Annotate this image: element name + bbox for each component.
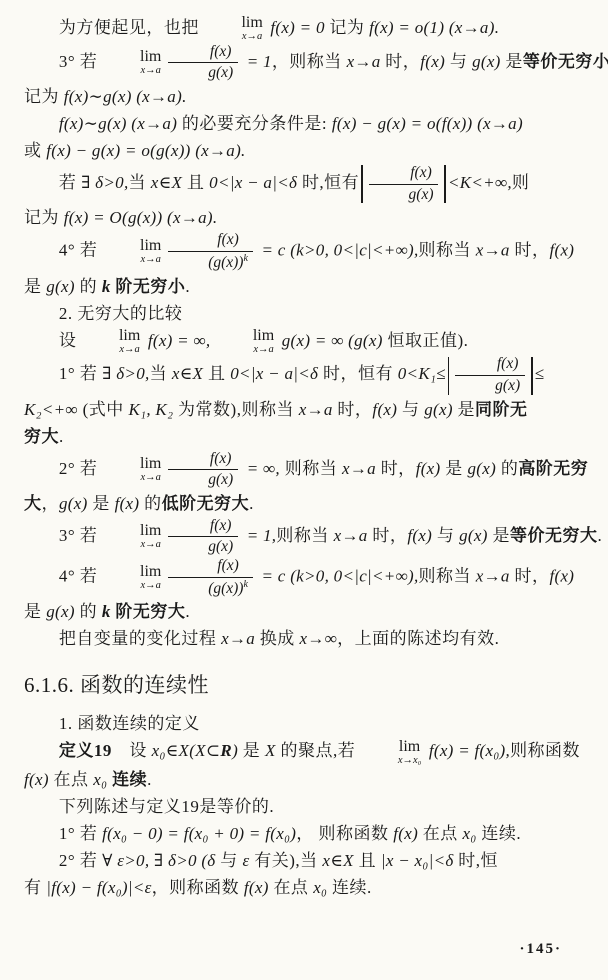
fraction: f(x)g(x) bbox=[168, 517, 238, 557]
text-run: 恒取正值). bbox=[383, 331, 469, 350]
text-run: 连续. bbox=[327, 878, 372, 897]
text-run: 时， bbox=[368, 526, 408, 545]
fraction-numerator: f(x) bbox=[168, 231, 253, 252]
text-line: f(x) 在点 x₀ 连续. bbox=[24, 766, 592, 793]
math-run: f(x) = 0 bbox=[266, 18, 330, 37]
math-run: f(x)∼g(x) (x→a) bbox=[59, 114, 177, 133]
text-run: 的聚点,若 bbox=[276, 741, 360, 760]
math-run: 0<|x − a|<δ bbox=[230, 364, 318, 383]
text-run: 连续. bbox=[477, 824, 522, 843]
text-run: 为常数),则称当 bbox=[173, 400, 298, 419]
limit-subscript: x→a bbox=[105, 581, 161, 592]
text-run: 时，恒有 bbox=[318, 364, 398, 383]
text-run: 则称函数 bbox=[510, 741, 580, 760]
fraction: f(x)(g(x))k bbox=[168, 557, 253, 598]
page-content: 为方便起见，也把 limx→a f(x) = 0 记为 f(x) = o(1) … bbox=[24, 14, 592, 901]
bold-text-run: 阶无穷小 bbox=[115, 277, 185, 296]
limit-word: lim bbox=[105, 523, 161, 539]
text-run: 记为 bbox=[329, 18, 369, 37]
text-run: 在点 bbox=[418, 824, 463, 843]
text-line: 若 ∃ δ>0,当 x∈X 且 0<|x − a|<δ 时,恒有f(x)g(x)… bbox=[24, 164, 592, 204]
math-run: g(x) = ∞ (g(x) bbox=[277, 331, 383, 350]
math-run: f(x₀ − 0) = f(x₀ + 0) = f(x₀) bbox=[102, 824, 296, 843]
text-run: 的 bbox=[75, 602, 102, 621]
limit-subscript: x→a bbox=[105, 540, 161, 551]
limit-word: lim bbox=[105, 49, 161, 65]
text-run: 4° 若 bbox=[59, 241, 102, 260]
text-line: 或 f(x) − g(x) = o(g(x)) (x→a). bbox=[24, 137, 592, 164]
fraction-numerator: f(x) bbox=[168, 450, 238, 471]
text-run: 设 bbox=[112, 741, 152, 760]
text-run: 换成 bbox=[255, 629, 300, 648]
math-run: = 1, bbox=[242, 526, 276, 545]
text-run: . bbox=[249, 494, 254, 513]
text-line: 设 limx→a f(x) = ∞, limx→a g(x) = ∞ (g(x)… bbox=[24, 327, 592, 356]
bold-text-run: 等价无穷大 bbox=[510, 526, 598, 545]
bold-text-run: 同阶无 bbox=[475, 400, 528, 419]
fraction-denominator: (g(x))k bbox=[168, 578, 253, 599]
text-run: 则称当 bbox=[280, 459, 342, 478]
limit-subscript: x→a bbox=[105, 66, 161, 77]
text-run: 把自变量的变化过程 bbox=[59, 629, 221, 648]
limit-subscript: x→a bbox=[207, 32, 263, 43]
text-run: 则称当 bbox=[419, 241, 476, 260]
fraction-numerator: f(x) bbox=[168, 517, 238, 538]
limit-operator: limx→a bbox=[105, 456, 161, 484]
math-run: ∃ δ>0, bbox=[81, 173, 128, 192]
math-run: f(x) bbox=[393, 824, 418, 843]
text-run: 当 bbox=[129, 173, 151, 192]
math-run: f(x) = f(x₀), bbox=[424, 741, 510, 760]
limit-subscript: x→a bbox=[105, 255, 161, 266]
text-run: 在点 bbox=[49, 770, 94, 789]
math-run: x∈X bbox=[172, 364, 203, 383]
limit-operator: limx→a bbox=[105, 523, 161, 551]
text-line: f(x)∼g(x) (x→a) 的必要充分条件是: f(x) − g(x) = … bbox=[24, 110, 592, 137]
text-run: 与 bbox=[445, 52, 472, 71]
fraction: f(x)(g(x))k bbox=[168, 231, 253, 272]
fraction: f(x)g(x) bbox=[369, 164, 439, 204]
math-run: f(x) = O(g(x)) (x→a). bbox=[64, 208, 218, 227]
limit-word: lim bbox=[105, 456, 161, 472]
text-line: 是 g(x) 的 k 阶无穷小. bbox=[24, 273, 592, 300]
text-run: 设 bbox=[59, 331, 81, 350]
math-run: f(x) − g(x) = o(g(x)) (x→a). bbox=[46, 141, 245, 160]
math-run: x₀∈X(X⊂ bbox=[152, 741, 221, 760]
limit-operator: limx→a bbox=[105, 564, 161, 592]
text-run: 在点 bbox=[269, 878, 314, 897]
math-run: x₀ bbox=[93, 770, 107, 789]
text-line: 有 |f(x) − f(x₀)|<ε，则称函数 f(x) 在点 x₀ 连续. bbox=[24, 874, 592, 901]
text-line: 2° 若 ∀ ε>0, ∃ δ>0 (δ 与 ε 有关),当 x∈X 且 |x … bbox=[24, 847, 592, 874]
fraction-denominator: g(x) bbox=[369, 185, 439, 205]
text-run: ，上面的陈述均有效. bbox=[337, 629, 499, 648]
bold-text-run: 大 bbox=[24, 494, 42, 513]
text-run: 记为 bbox=[24, 208, 64, 227]
math-run: <K<+∞, bbox=[448, 173, 512, 192]
limit-operator: limx→a bbox=[105, 49, 161, 77]
text-run: 有关),当 bbox=[250, 851, 323, 870]
bold-text-run: 高阶无穷 bbox=[518, 459, 588, 478]
math-run: f(x) = ∞, bbox=[143, 331, 215, 350]
text-run: 是 bbox=[488, 526, 510, 545]
bold-math-run: k bbox=[102, 602, 111, 621]
text-run: 1. 函数连续的定义 bbox=[59, 714, 200, 733]
text-run: 时,恒 bbox=[454, 851, 499, 870]
math-run: x→∞ bbox=[300, 629, 338, 648]
text-run: 时， bbox=[381, 52, 421, 71]
text-line: 1. 函数连续的定义 bbox=[24, 710, 592, 737]
text-run: 2. 无穷大的比较 bbox=[59, 304, 183, 323]
math-run: |x − x₀|<δ bbox=[381, 851, 454, 870]
text-run: 是 bbox=[88, 494, 115, 513]
math-run: x→a bbox=[334, 526, 368, 545]
math-run: x→a bbox=[476, 567, 510, 586]
math-run: g(x) bbox=[459, 526, 488, 545]
limit-subscript: x→a bbox=[105, 473, 161, 484]
text-run: 3° 若 bbox=[59, 526, 102, 545]
text-run: 4° 若 bbox=[59, 567, 102, 586]
text-run: 与 bbox=[397, 400, 424, 419]
math-run: 0<K₁≤ bbox=[398, 364, 446, 383]
math-run: f(x) − g(x) = o(f(x)) (x→a) bbox=[332, 114, 523, 133]
bold-text-run: 连续 bbox=[112, 770, 147, 789]
bold-math-run: R bbox=[220, 741, 232, 760]
math-run: K₁, K₂ bbox=[128, 400, 173, 419]
text-run: ，则称函数 bbox=[152, 878, 244, 897]
limit-operator: limx→a bbox=[207, 15, 263, 43]
text-run: 3° 若 bbox=[59, 52, 102, 71]
math-run: g(x) bbox=[46, 277, 75, 296]
fraction-denominator: (g(x))k bbox=[168, 252, 253, 273]
bold-text-run: 定义19 bbox=[59, 741, 112, 760]
text-run: 下列陈述与定义19是等价的. bbox=[59, 797, 274, 816]
math-run: g(x) bbox=[472, 52, 501, 71]
math-run: ∃ δ>0, bbox=[102, 364, 149, 383]
text-line: 把自变量的变化过程 x→a 换成 x→∞，上面的陈述均有效. bbox=[24, 625, 592, 652]
text-line: 3° 若 limx→af(x)g(x) = 1，则称当 x→a 时，f(x) 与… bbox=[24, 43, 592, 83]
text-run: 记为 bbox=[24, 87, 64, 106]
text-run: 时， bbox=[333, 400, 373, 419]
text-line: 1° 若 ∃ δ>0,当 x∈X 且 0<|x − a|<δ 时，恒有 0<K₁… bbox=[24, 355, 592, 395]
math-run: x→a bbox=[347, 52, 381, 71]
limit-word: lim bbox=[218, 328, 274, 344]
text-line: 下列陈述与定义19是等价的. bbox=[24, 793, 592, 820]
text-run: 1° 若 bbox=[59, 364, 102, 383]
text-run: 是 bbox=[501, 52, 523, 71]
text-run: 且 bbox=[182, 173, 209, 192]
text-run: 或 bbox=[24, 141, 46, 160]
text-run: 2° 若 bbox=[59, 459, 102, 478]
text-run: 是 bbox=[24, 602, 46, 621]
text-run: 是 bbox=[24, 277, 46, 296]
limit-operator: limx→a bbox=[105, 238, 161, 266]
abs-bar bbox=[444, 165, 446, 203]
text-run: 则称当 bbox=[276, 526, 333, 545]
fraction: f(x)g(x) bbox=[168, 43, 238, 83]
text-run: . bbox=[147, 770, 152, 789]
limit-operator: limx→a bbox=[218, 328, 274, 356]
text-run: 的 bbox=[496, 459, 518, 478]
fraction-exponent: k bbox=[243, 253, 247, 264]
abs-bar bbox=[448, 357, 450, 395]
math-run: x∈X bbox=[151, 173, 182, 192]
limit-word: lim bbox=[84, 328, 140, 344]
text-line: 3° 若 limx→af(x)g(x) = 1,则称当 x→a 时，f(x) 与… bbox=[24, 517, 592, 557]
math-run: ≤ bbox=[535, 364, 545, 383]
math-run: f(x) bbox=[420, 52, 445, 71]
text-run: ，则称当 bbox=[272, 52, 347, 71]
text-run: ， 则称函数 bbox=[296, 824, 393, 843]
fraction: f(x)g(x) bbox=[455, 355, 525, 395]
text-line: 1° 若 f(x₀ − 0) = f(x₀ + 0) = f(x₀)， 则称函数… bbox=[24, 820, 592, 847]
limit-word: lim bbox=[363, 739, 421, 755]
math-run: |f(x) − f(x₀)|<ε bbox=[46, 878, 151, 897]
text-run: 是 bbox=[453, 400, 475, 419]
math-run: g(x) bbox=[424, 400, 453, 419]
text-run: ， bbox=[42, 494, 60, 513]
text-run: . bbox=[597, 526, 602, 545]
math-run: f(x) bbox=[549, 241, 574, 260]
text-run: 2° 若 bbox=[59, 851, 102, 870]
math-run: x₀ bbox=[313, 878, 327, 897]
limit-subscript: x→x₀ bbox=[363, 756, 421, 767]
text-run: 当 bbox=[150, 364, 172, 383]
text-line: 穷大. bbox=[24, 423, 592, 450]
math-run: x→a bbox=[342, 459, 376, 478]
text-line: 大，g(x) 是 f(x) 的低阶无穷大. bbox=[24, 490, 592, 517]
bold-text-run: 阶无穷大 bbox=[111, 602, 186, 621]
text-run: 则 bbox=[512, 173, 530, 192]
limit-word: lim bbox=[105, 564, 161, 580]
math-run: = ∞, bbox=[242, 459, 280, 478]
limit-subscript: x→a bbox=[84, 345, 140, 356]
math-run: f(x) bbox=[549, 567, 574, 586]
math-run: f(x) bbox=[24, 770, 49, 789]
text-run: 有 bbox=[24, 878, 46, 897]
fraction-denominator: g(x) bbox=[168, 63, 238, 83]
math-run: = 1 bbox=[242, 52, 272, 71]
text-run: . bbox=[59, 427, 64, 446]
math-run: f(x)∼g(x) (x→a). bbox=[64, 87, 187, 106]
math-run: g(x) bbox=[59, 494, 88, 513]
fraction-numerator: f(x) bbox=[455, 355, 525, 376]
limit-operator: limx→a bbox=[84, 328, 140, 356]
math-run: f(x) bbox=[244, 878, 269, 897]
text-line: 2° 若 limx→af(x)g(x) = ∞, 则称当 x→a 时，f(x) … bbox=[24, 450, 592, 490]
fraction-numerator: f(x) bbox=[168, 557, 253, 578]
fraction-numerator: f(x) bbox=[168, 43, 238, 64]
math-run: x→a bbox=[299, 400, 333, 419]
document-page: 为方便起见，也把 limx→a f(x) = 0 记为 f(x) = o(1) … bbox=[0, 0, 608, 980]
text-run: 的 bbox=[75, 277, 102, 296]
bold-text-run: 等价无穷小 bbox=[523, 52, 608, 71]
fraction-denominator: g(x) bbox=[168, 537, 238, 557]
text-run: . bbox=[185, 602, 190, 621]
math-run: x→a bbox=[221, 629, 255, 648]
math-run: g(x) bbox=[467, 459, 496, 478]
fraction: f(x)g(x) bbox=[168, 450, 238, 490]
text-line: 4° 若 limx→af(x)(g(x))k = c (k>0, 0<|c|<+… bbox=[24, 231, 592, 272]
math-run: f(x) bbox=[407, 526, 432, 545]
math-run: f(x) = o(1) (x→a). bbox=[369, 18, 499, 37]
math-run: x∈X bbox=[322, 851, 353, 870]
abs-bar bbox=[361, 165, 363, 203]
text-run: 与 bbox=[432, 526, 459, 545]
math-run: X bbox=[265, 741, 276, 760]
bold-text-run: 穷大 bbox=[24, 427, 59, 446]
text-run: 与 bbox=[216, 851, 243, 870]
math-run: x₀ bbox=[463, 824, 477, 843]
fraction-denominator: g(x) bbox=[455, 376, 525, 396]
text-line: 4° 若 limx→af(x)(g(x))k = c (k>0, 0<|c|<+… bbox=[24, 557, 592, 598]
fraction-numerator: f(x) bbox=[369, 164, 439, 185]
limit-subscript: x→a bbox=[218, 345, 274, 356]
page-number: ·145· bbox=[519, 941, 562, 958]
text-run: 1° 若 bbox=[59, 824, 102, 843]
math-run: g(x) bbox=[46, 602, 75, 621]
math-run: K₂<+∞ bbox=[24, 400, 78, 419]
math-run: ε bbox=[243, 851, 250, 870]
bold-math-run: k bbox=[102, 277, 111, 296]
text-run: 时， bbox=[510, 567, 550, 586]
text-run: 若 bbox=[59, 173, 81, 192]
text-run: 且 bbox=[354, 851, 381, 870]
limit-word: lim bbox=[105, 238, 161, 254]
text-line: 记为 f(x)∼g(x) (x→a). bbox=[24, 83, 592, 110]
fraction-denominator: g(x) bbox=[168, 470, 238, 490]
math-run: = c (k>0, 0<|c|<+∞), bbox=[257, 567, 419, 586]
abs-bar bbox=[531, 357, 533, 395]
fraction-exponent: k bbox=[243, 579, 247, 590]
text-run: 且 bbox=[203, 364, 230, 383]
math-run: x→a bbox=[476, 241, 510, 260]
math-run: = c (k>0, 0<|c|<+∞), bbox=[257, 241, 419, 260]
section-heading: 6.1.6. 函数的连续性 bbox=[24, 670, 592, 700]
bold-text-run: 低阶无穷大 bbox=[162, 494, 250, 513]
text-run: 的必要充分条件是: bbox=[177, 114, 332, 133]
text-run: 6.1.6. 函数的连续性 bbox=[24, 673, 209, 697]
text-run: 为方便起见，也把 bbox=[59, 18, 204, 37]
text-run: . bbox=[185, 277, 190, 296]
text-run: 时,恒有 bbox=[297, 173, 359, 192]
math-run: ∀ ε>0, ∃ δ>0 (δ bbox=[102, 851, 215, 870]
text-run: 的 bbox=[139, 494, 161, 513]
text-line: 记为 f(x) = O(g(x)) (x→a). bbox=[24, 204, 592, 231]
text-line: 2. 无穷大的比较 bbox=[24, 300, 592, 327]
text-run: 时， bbox=[376, 459, 416, 478]
text-line: 定义19 设 x₀∈X(X⊂R) 是 X 的聚点,若 limx→x₀ f(x) … bbox=[24, 737, 592, 766]
text-run: 是 bbox=[238, 741, 265, 760]
limit-word: lim bbox=[207, 15, 263, 31]
text-run: 则称当 bbox=[419, 567, 476, 586]
math-run: f(x) bbox=[372, 400, 397, 419]
text-run: (式中 bbox=[78, 400, 129, 419]
math-run: 0<|x − a|<δ bbox=[209, 173, 297, 192]
text-run: 时， bbox=[510, 241, 550, 260]
text-line: K₂<+∞ (式中 K₁, K₂ 为常数),则称当 x→a 时，f(x) 与 g… bbox=[24, 396, 592, 423]
math-run: f(x) bbox=[416, 459, 441, 478]
limit-operator: limx→x₀ bbox=[363, 739, 421, 767]
text-run: 是 bbox=[440, 459, 467, 478]
math-run: f(x) bbox=[115, 494, 140, 513]
text-line: 为方便起见，也把 limx→a f(x) = 0 记为 f(x) = o(1) … bbox=[24, 14, 592, 43]
text-line: 是 g(x) 的 k 阶无穷大. bbox=[24, 598, 592, 625]
